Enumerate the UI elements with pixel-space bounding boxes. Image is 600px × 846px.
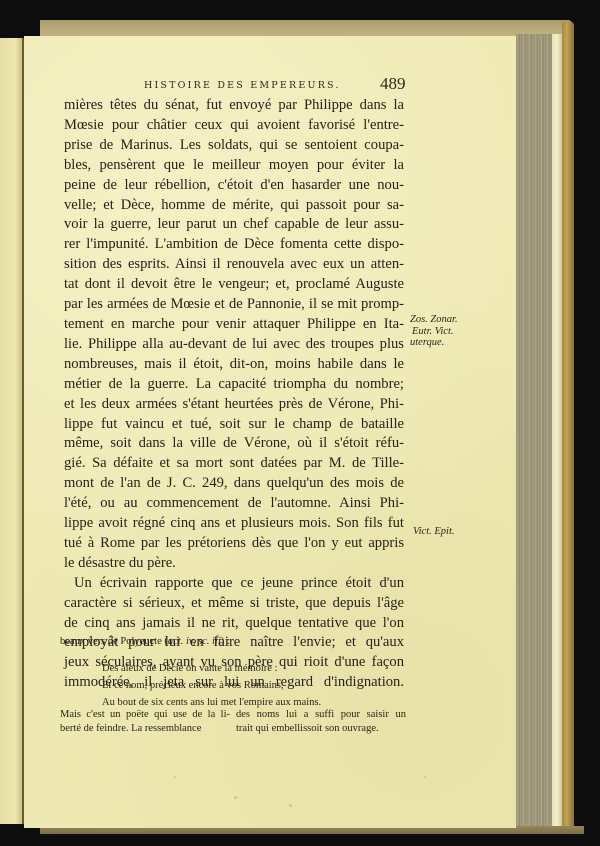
text-line: lippe avoit régné cinq ans et plusieurs … xyxy=(64,514,404,534)
footnote-intro-text: beaux vers de Polyeucte ( xyxy=(60,636,168,647)
text-line: nombreuses, mais il étoit, dit-on, moins… xyxy=(64,355,404,375)
text-line: lippe fut vaincu et tué, soit sur le cha… xyxy=(64,415,404,435)
text-line: le désastre du père. xyxy=(64,554,404,574)
text-line: mières têtes du sénat, fut envoyé par Ph… xyxy=(64,96,404,116)
footnote-reference: act. iv, sc. iii xyxy=(168,636,221,647)
footnote-line: berté de feindre. La ressemblance xyxy=(60,722,230,736)
text-line: par les armées de Mœsie et de Pannonie, … xyxy=(64,295,404,315)
marginal-line: Eutr. Vict. xyxy=(410,326,458,338)
footnote-line: Mais c'est un poëte qui use de la li- xyxy=(60,708,230,722)
footnote-line: des noms lui a suffi pour saisir un xyxy=(236,708,406,722)
text-line: rer l'impunité. L'ambition de Dèce fomen… xyxy=(64,235,404,255)
text-line: lie. Philippe alla au-devant de lui avec… xyxy=(64,335,404,355)
verse-line: Des aïeux de Décie on vante la mémoire : xyxy=(102,660,321,677)
text-line: tué à Rome par les prétoriens dès que l'… xyxy=(64,534,404,554)
text-line: Mœsie pour châtier ceux qui avoient favo… xyxy=(64,116,404,136)
book-cover-edge xyxy=(562,22,574,830)
footnote-intro-end: ) : xyxy=(221,636,230,647)
text-line: métier de la guerre. La capacité triomph… xyxy=(64,375,404,395)
text-line: gié. Sa défaite et sa mort sont datées p… xyxy=(64,454,404,474)
footnote-intro: beaux vers de Polyeucte (act. iv, sc. ii… xyxy=(60,636,230,647)
running-head: HISTOIRE DES EMPEREURS. xyxy=(144,80,341,91)
left-page-sliver xyxy=(0,38,22,824)
marginal-line: Vict. Epit. xyxy=(413,526,455,538)
text-line: peine de leur rébellion, c'étoit d'en ha… xyxy=(64,176,404,196)
text-line: sition des esprits. Ainsi il renouvela a… xyxy=(64,255,404,275)
footnote-line: trait qui embellissoit son ouvrage. xyxy=(236,722,406,736)
text-line: voir la guerre, leur parut un chef capab… xyxy=(64,215,404,235)
page-stack-edge xyxy=(516,34,552,828)
footnote-column-left: Mais c'est un poëte qui use de la li- be… xyxy=(60,708,230,736)
footnote-column-right: des noms lui a suffi pour saisir un trai… xyxy=(236,708,406,736)
text-line: mont de l'an de J. C. 249, dans quelqu'u… xyxy=(64,474,404,494)
marginal-note-sources: Zos. Zonar. Eutr. Vict. uterque. xyxy=(410,314,458,349)
footnote-verse: Des aïeux de Décie on vante la mémoire :… xyxy=(102,660,321,711)
text-line: tat dont il devoit être le vengeur; et, … xyxy=(64,275,404,295)
marginal-note-vict: Vict. Epit. xyxy=(413,526,455,538)
foxing-spot xyxy=(424,776,426,778)
text-line: bles, pensèrent que le meilleur moyen po… xyxy=(64,156,404,176)
text-line: l'été, ou au commencement de l'automne. … xyxy=(64,494,404,514)
page-edge-highlight xyxy=(552,34,562,828)
foxing-spot xyxy=(289,804,292,807)
foxing-spot xyxy=(174,776,176,778)
text-line: de cinq ans jamais il ne rit, quelque te… xyxy=(64,614,404,634)
foxing-spot xyxy=(234,796,237,799)
text-line: Un écrivain rapporte que ce jeune prince… xyxy=(64,574,404,594)
marginal-line: Zos. Zonar. xyxy=(410,314,458,326)
verse-line: Et ce nom, précieux encore à vos Romains… xyxy=(102,677,321,694)
page-number: 489 xyxy=(380,74,406,94)
text-line: même, soit dans la ville de Vérone, où i… xyxy=(64,434,404,454)
text-line: prise de Marinus. Les soldats, qui se se… xyxy=(64,136,404,156)
body-text: mières têtes du sénat, fut envoyé par Ph… xyxy=(64,96,404,693)
text-line: velle; et Dèce, homme de mérite, qui pas… xyxy=(64,196,404,216)
text-line: caractère si sérieux, et même si triste,… xyxy=(64,594,404,614)
book-scan: HISTOIRE DES EMPEREURS. 489 mières têtes… xyxy=(0,0,600,846)
text-line: et les deux armées s'étant heurtées près… xyxy=(64,395,404,415)
text-line: tement en marche pour venir attaquer Phi… xyxy=(64,315,404,335)
marginal-line: uterque. xyxy=(410,337,458,349)
